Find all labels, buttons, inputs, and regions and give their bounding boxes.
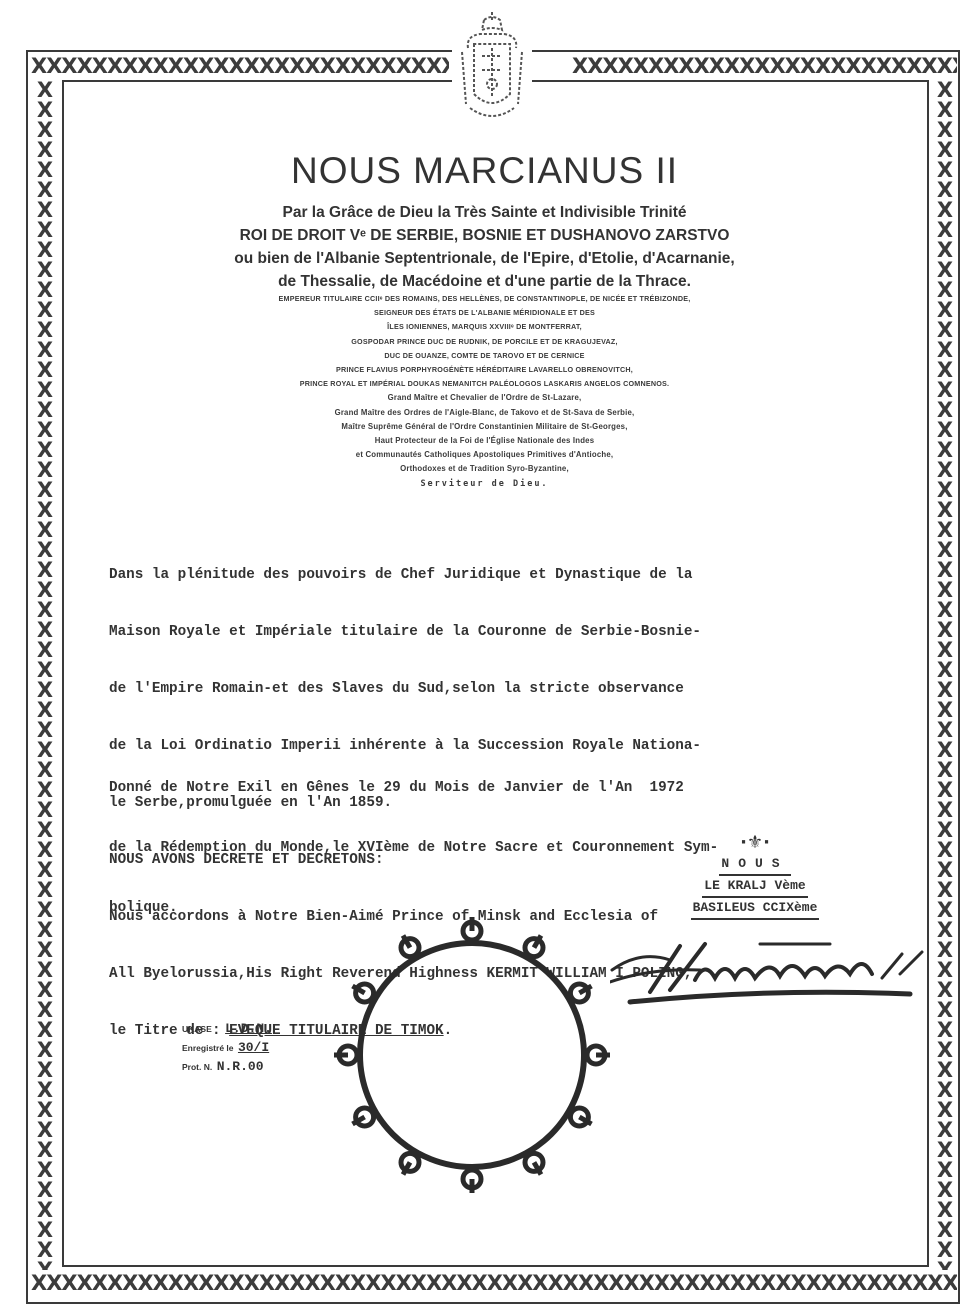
royal-styles: Par la Grâce de Dieu la Très Sainte et I…: [0, 201, 969, 293]
registry-stamp: UKASE L.D.N. Enregistré le 30/I Prot. N.…: [182, 1018, 272, 1075]
registered-value: 30/I: [238, 1040, 269, 1055]
sig-line-nous: NOUS: [719, 854, 790, 876]
ukase-value: L.D.N.: [225, 1021, 272, 1036]
body-line: de l'Empire Romain-et des Slaves du Sud,…: [109, 680, 909, 699]
serviteur-line: Serviteur de Dieu.: [0, 477, 969, 491]
order-line: et Communautés Catholiques Apostoliques …: [0, 448, 969, 462]
royal-titles-small: Empereur titulaire CCIIᵉ des Romains, de…: [0, 292, 969, 491]
body-line: Maison Royale et Impériale titulaire de …: [109, 623, 909, 642]
style-line: Par la Grâce de Dieu la Très Sainte et I…: [0, 201, 969, 224]
order-line: Grand Maître des Ordres de l'Aigle-Blanc…: [0, 406, 969, 420]
coat-of-arms-icon: [452, 8, 532, 126]
style-line: de Thessalie, de Macédoine et d'une part…: [0, 270, 969, 293]
title-line: Îles Ioniennes, Marquis XXVIIIᵉ de Montf…: [0, 320, 969, 334]
protocol-value: N.R.00: [217, 1059, 264, 1074]
border-bottom-xband: XXXXXXXXXXXXXXXXXXXXXXXXXXXXXXXXXXXXXXXX…: [31, 1271, 957, 1295]
fleur-de-lis-icon: ·⚜·: [640, 832, 870, 854]
sig-line-basileus: BASILEUS CCIXème: [691, 898, 820, 920]
signature-block: ·⚜· NOUS LE KRALJ Vème BASILEUS CCIXème: [640, 832, 870, 920]
title-line: Gospodar Prince Duc de Rudnik, de Porcil…: [0, 335, 969, 349]
title-line: Empereur titulaire CCIIᵉ des Romains, de…: [0, 292, 969, 306]
title-line: Duc de Ouanze, Comte de Tarovo et de Cer…: [0, 349, 969, 363]
dated-line: Donné de Notre Exil en Gênes le 29 du Mo…: [109, 778, 919, 798]
ornamental-seal-frame: [330, 905, 615, 1205]
registered-label: Enregistré le: [182, 1043, 234, 1053]
order-line: Orthodoxes et de Tradition Syro-Byzantin…: [0, 462, 969, 476]
protocol-label: Prot. N.: [182, 1062, 212, 1072]
sig-line-kralj: LE KRALJ Vème: [702, 876, 807, 898]
border-top-right-xband: XXXXXXXXXXXXXXXXXXXXXXXXXXXXXXXXXXXXXXXX…: [572, 54, 957, 78]
document-title: NOUS MARCIANUS II: [0, 150, 969, 192]
handwritten-signature: [610, 930, 930, 1010]
order-line: Haut Protecteur de la Foi de l'Église Na…: [0, 434, 969, 448]
ukase-label: UKASE: [182, 1024, 212, 1034]
body-line: Dans la plénitude des pouvoirs de Chef J…: [109, 566, 909, 585]
title-line: Prince Flavius Porphyrogénète Héréditair…: [0, 363, 969, 377]
order-line: Maître Suprême Général de l'Ordre Consta…: [0, 420, 969, 434]
title-line: Prince Royal et Impérial Doukas Nemanitc…: [0, 377, 969, 391]
border-top-left-xband: XXXXXXXXXXXXXXXXXXXXXXXXXXXXXXXXXXXXXXXX…: [31, 54, 449, 78]
style-line: ROI DE DROIT Vᵉ DE SERBIE, BOSNIE ET DUS…: [0, 224, 969, 247]
style-line: ou bien de l'Albanie Septentrionale, de …: [0, 247, 969, 270]
title-line: Seigneur des États de l'Albanie Méridion…: [0, 306, 969, 320]
order-line: Grand Maître et Chevalier de l'Ordre de …: [0, 391, 969, 405]
